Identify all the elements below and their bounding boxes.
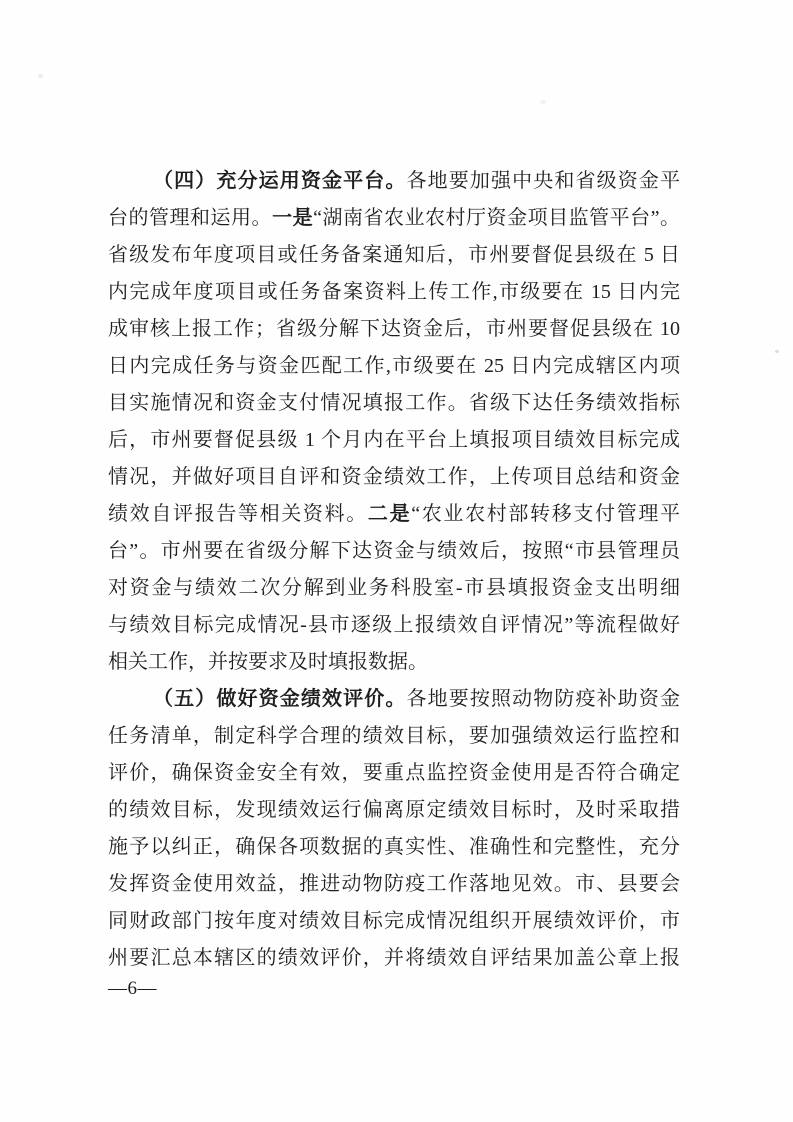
body-text: “湖南省农业农村厅资金项目监管平台”。 <box>313 207 680 229</box>
text-line: 的绩效目标，发现绩效运行偏离原定绩效目标时，及时采取措 <box>108 792 680 829</box>
document-page: （四）充分运用资金平台。各地要加强中央和省级资金平台的管理和运用。一是“湖南省农… <box>0 0 793 1122</box>
text-line: 省级发布年度项目或任务备案通知后，市州要督促县级在 5 日 <box>108 237 680 274</box>
document-body: （四）充分运用资金平台。各地要加强中央和省级资金平台的管理和运用。一是“湖南省农… <box>108 163 680 977</box>
text-line: 同财政部门按年度对绩效目标完成情况组织开展绩效评价，市 <box>108 903 680 940</box>
page-number: —6— <box>108 976 157 1002</box>
body-text: 绩效自评报告等相关资料。 <box>108 503 368 525</box>
body-text: 日内完成任务与资金匹配工作,市级要在 25 日内完成辖区内项 <box>108 355 680 377</box>
emphasis-text: 一是 <box>272 207 313 229</box>
emphasis-text: 二是 <box>368 503 411 525</box>
body-text: 任务清单，制定科学合理的绩效目标，要加强绩效运行监控和 <box>108 725 680 747</box>
text-line: 施予以纠正，确保各项数据的真实性、准确性和完整性，充分 <box>108 829 680 866</box>
text-line: 州要汇总本辖区的绩效评价，并将绩效自评结果加盖公章上报 <box>108 940 680 977</box>
body-text: 的绩效目标，发现绩效运行偏离原定绩效目标时，及时采取措 <box>108 799 680 821</box>
text-line: 目实施情况和资金支付情况填报工作。省级下达任务绩效指标 <box>108 385 680 422</box>
text-line: 评价，确保资金安全有效，要重点监控资金使用是否符合确定 <box>108 755 680 792</box>
text-line: 台”。市州要在省级分解下达资金与绩效后，按照“市县管理员 <box>108 533 680 570</box>
text-line: 内完成年度项目或任务备案资料上传工作,市级要在 15 日内完 <box>108 274 680 311</box>
text-line: 发挥资金使用效益，推进动物防疫工作落地见效。市、县要会 <box>108 866 680 903</box>
scan-speck <box>38 74 43 78</box>
text-line: 台的管理和运用。一是“湖南省农业农村厅资金项目监管平台”。 <box>108 200 680 237</box>
text-line: 与绩效目标完成情况-县市逐级上报绩效自评情况”等流程做好 <box>108 607 680 644</box>
body-text: 相关工作，并按要求及时填报数据。 <box>108 651 428 673</box>
body-text: 施予以纠正，确保各项数据的真实性、准确性和完整性，充分 <box>108 836 680 858</box>
emphasis-text: （四）充分运用资金平台。 <box>153 170 407 192</box>
scan-speck <box>540 100 546 104</box>
body-text: 各地要按照动物防疫补助资金 <box>407 688 681 710</box>
body-text: 各地要加强中央和省级资金平 <box>407 170 681 192</box>
text-line: 后，市州要督促县级 1 个月内在平台上填报项目绩效目标完成 <box>108 422 680 459</box>
body-text: 州要汇总本辖区的绩效评价，并将绩效自评结果加盖公章上报 <box>108 947 680 969</box>
body-text: 评价，确保资金安全有效，要重点监控资金使用是否符合确定 <box>108 762 680 784</box>
text-line: 日内完成任务与资金匹配工作,市级要在 25 日内完成辖区内项 <box>108 348 680 385</box>
body-text: 情况，并做好项目自评和资金绩效工作，上传项目总结和资金 <box>108 466 680 488</box>
text-line: 成审核上报工作；省级分解下达资金后，市州要督促县级在 10 <box>108 311 680 348</box>
paragraph: （五）做好资金绩效评价。各地要按照动物防疫补助资金任务清单，制定科学合理的绩效目… <box>108 681 680 977</box>
body-text: 对资金与绩效二次分解到业务科股室-市县填报资金支出明细 <box>108 577 680 599</box>
emphasis-text: （五）做好资金绩效评价。 <box>153 688 407 710</box>
body-text: “农业农村部转移支付管理平 <box>411 503 680 525</box>
body-text: 同财政部门按年度对绩效目标完成情况组织开展绩效评价，市 <box>108 910 680 932</box>
text-line: 相关工作，并按要求及时填报数据。 <box>108 644 680 681</box>
paragraph: （四）充分运用资金平台。各地要加强中央和省级资金平台的管理和运用。一是“湖南省农… <box>108 163 680 681</box>
text-line: 任务清单，制定科学合理的绩效目标，要加强绩效运行监控和 <box>108 718 680 755</box>
body-text: 台”。市州要在省级分解下达资金与绩效后，按照“市县管理员 <box>108 540 680 562</box>
body-text: 与绩效目标完成情况-县市逐级上报绩效自评情况”等流程做好 <box>108 614 680 636</box>
text-line: （四）充分运用资金平台。各地要加强中央和省级资金平 <box>108 163 680 200</box>
body-text: 目实施情况和资金支付情况填报工作。省级下达任务绩效指标 <box>108 392 680 414</box>
text-line: （五）做好资金绩效评价。各地要按照动物防疫补助资金 <box>108 681 680 718</box>
body-text: 成审核上报工作；省级分解下达资金后，市州要督促县级在 10 <box>108 318 680 340</box>
body-text: 省级发布年度项目或任务备案通知后，市州要督促县级在 5 日 <box>108 244 680 266</box>
body-text: 内完成年度项目或任务备案资料上传工作,市级要在 15 日内完 <box>108 281 680 303</box>
scan-speck <box>775 350 779 353</box>
text-line: 对资金与绩效二次分解到业务科股室-市县填报资金支出明细 <box>108 570 680 607</box>
text-line: 绩效自评报告等相关资料。二是“农业农村部转移支付管理平 <box>108 496 680 533</box>
body-text: 发挥资金使用效益，推进动物防疫工作落地见效。市、县要会 <box>108 873 680 895</box>
body-text: 台的管理和运用。 <box>108 207 272 229</box>
body-text: 后，市州要督促县级 1 个月内在平台上填报项目绩效目标完成 <box>108 429 680 451</box>
text-line: 情况，并做好项目自评和资金绩效工作，上传项目总结和资金 <box>108 459 680 496</box>
